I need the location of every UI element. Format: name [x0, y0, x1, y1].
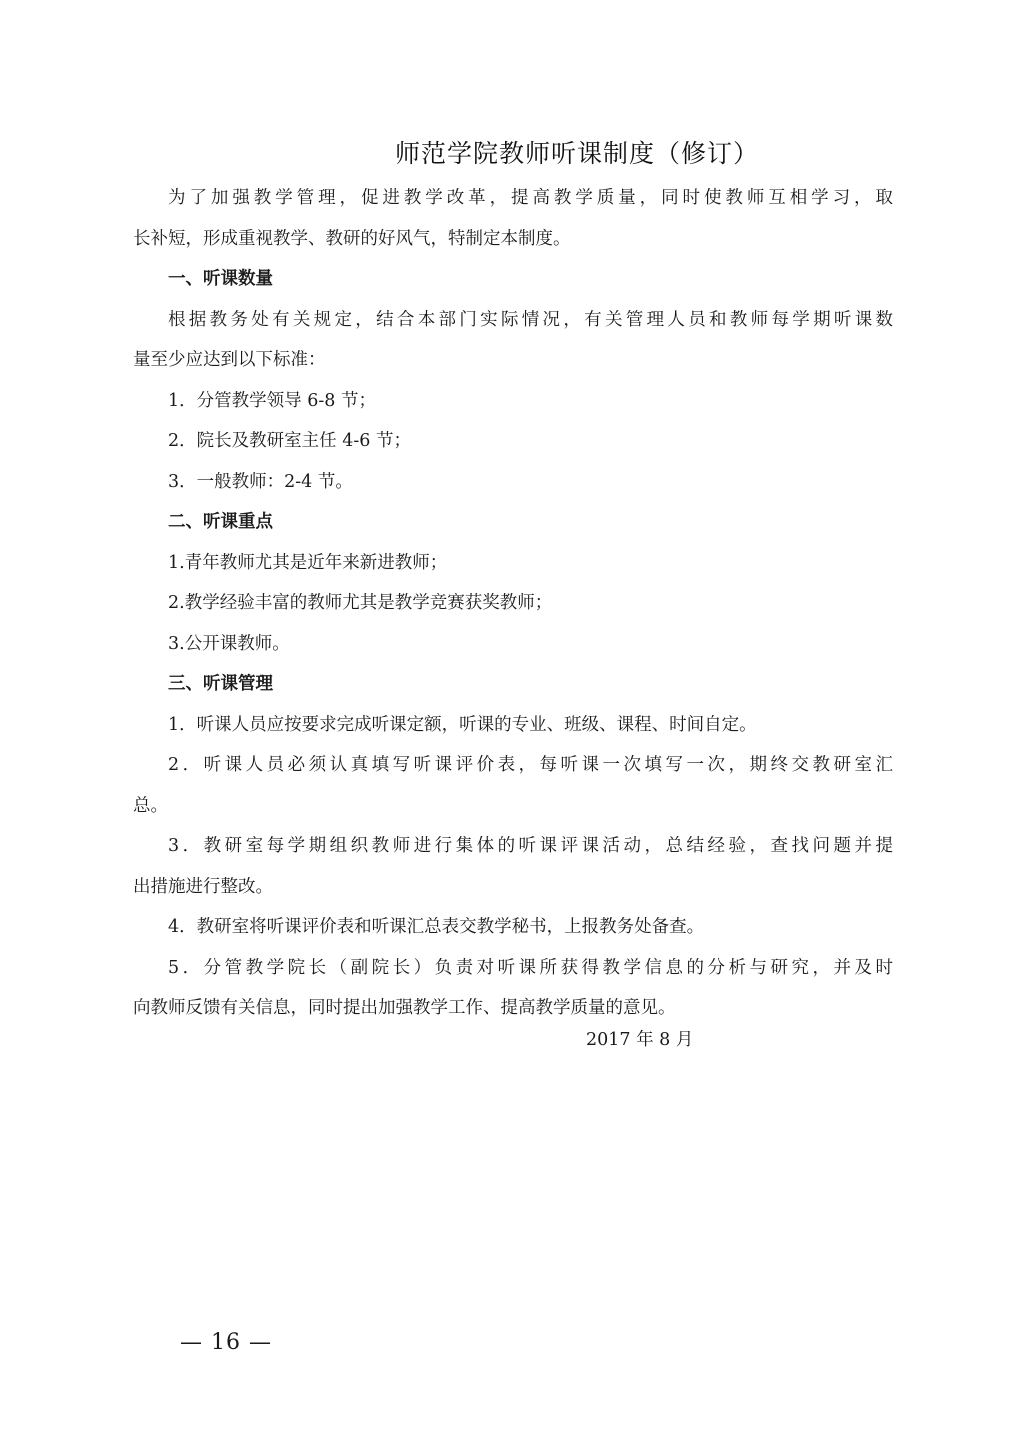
section-1-heading: 一、听课数量 — [133, 259, 893, 300]
section-3-item-2-line-1: 2．听课人员必须认真填写听课评价表，每听课一次填写一次，期终交教研室汇 — [133, 745, 893, 786]
section-3-item-2-line-2: 总。 — [133, 786, 893, 827]
page-number: — 16 — — [180, 1330, 272, 1355]
section-1-lead: 根据教务处有关规定，结合本部门实际情况，有关管理人员和教师每学期听课数 量至少应… — [133, 300, 893, 381]
section-1-item-2: 2．院长及教研室主任 4-6 节； — [133, 421, 893, 462]
intro-line-2: 长补短，形成重视教学、教研的好风气，特制定本制度。 — [133, 219, 893, 260]
document-body: 为了加强教学管理，促进教学改革，提高教学质量，同时使教师互相学习，取 长补短，形… — [133, 178, 893, 1029]
section-3-item-5: 5．分管教学院长（副院长）负责对听课所获得教学信息的分析与研究，并及时 向教师反… — [133, 948, 893, 1029]
section-3-item-3: 3．教研室每学期组织教师进行集体的听课评课活动，总结经验，查找问题并提 出措施进… — [133, 826, 893, 907]
intro-line-1: 为了加强教学管理，促进教学改革，提高教学质量，同时使教师互相学习，取 — [133, 178, 893, 219]
section-3-item-5-line-1: 5．分管教学院长（副院长）负责对听课所获得教学信息的分析与研究，并及时 — [133, 948, 893, 989]
section-3-item-2: 2．听课人员必须认真填写听课评价表，每听课一次填写一次，期终交教研室汇 总。 — [133, 745, 893, 826]
section-1-item-3: 3．一般教师：2-4 节。 — [133, 462, 893, 503]
document-title: 师范学院教师听课制度（修订） — [0, 134, 1024, 170]
section-1-lead-line-2: 量至少应达到以下标准： — [133, 340, 893, 381]
intro-paragraph: 为了加强教学管理，促进教学改革，提高教学质量，同时使教师互相学习，取 长补短，形… — [133, 178, 893, 259]
section-3-item-3-line-2: 出措施进行整改。 — [133, 867, 893, 908]
section-3-item-5-line-2: 向教师反馈有关信息，同时提出加强教学工作、提高教学质量的意见。 — [133, 988, 893, 1029]
section-3-heading: 三、听课管理 — [133, 664, 893, 705]
section-2-item-2: 2.教学经验丰富的教师尤其是教学竞赛获奖教师； — [133, 583, 893, 624]
section-3-item-3-line-1: 3．教研室每学期组织教师进行集体的听课评课活动，总结经验，查找问题并提 — [133, 826, 893, 867]
section-2-heading: 二、听课重点 — [133, 502, 893, 543]
document-date: 2017 年 8 月 — [586, 1026, 693, 1051]
section-3-item-1: 1．听课人员应按要求完成听课定额，听课的专业、班级、课程、时间自定。 — [133, 705, 893, 746]
section-3-item-4: 4．教研室将听课评价表和听课汇总表交教学秘书，上报教务处备查。 — [133, 907, 893, 948]
document-page: 师范学院教师听课制度（修订） 为了加强教学管理，促进教学改革，提高教学质量，同时… — [0, 0, 1024, 1448]
section-2-item-3: 3.公开课教师。 — [133, 624, 893, 665]
section-1-lead-line-1: 根据教务处有关规定，结合本部门实际情况，有关管理人员和教师每学期听课数 — [133, 300, 893, 341]
section-2-item-1: 1.青年教师尤其是近年来新进教师； — [133, 543, 893, 584]
section-1-item-1: 1．分管教学领导 6-8 节； — [133, 381, 893, 422]
